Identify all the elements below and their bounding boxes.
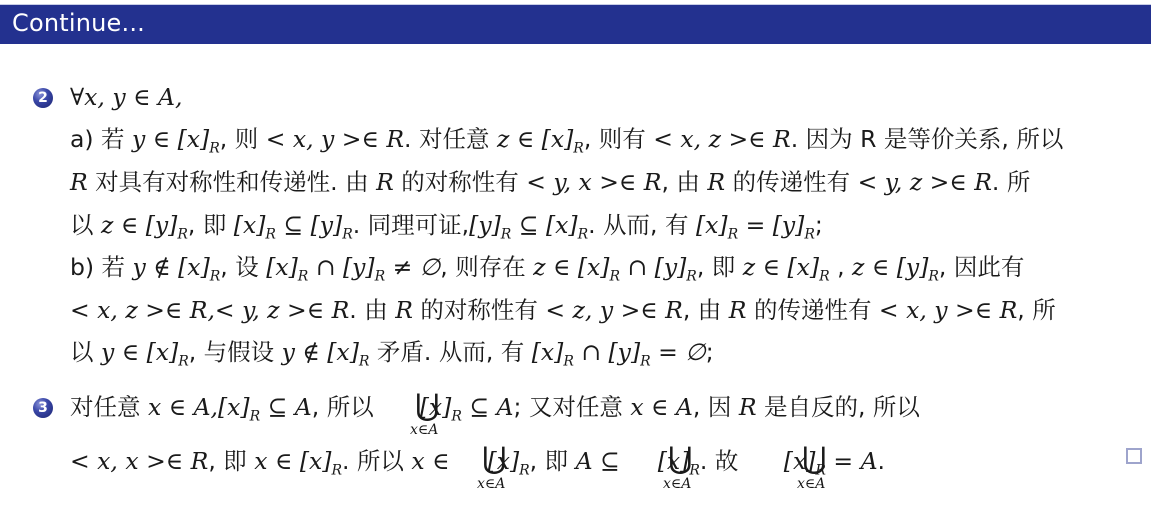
enumerate-bullet-2: 2 bbox=[33, 88, 53, 108]
big-union-symbol: ⋃ bbox=[482, 441, 507, 476]
enumerate-bullet-3: 3 bbox=[33, 398, 53, 418]
big-union-symbol: ⋃ bbox=[802, 441, 827, 476]
item-2-header: ∀x, y ∈ A, bbox=[70, 82, 182, 112]
big-union-symbol: ⋃ bbox=[415, 388, 440, 423]
item-2b-line-2: < x, z >∈ R,< y, z >∈ R. 由 R 的对称性有 < z, … bbox=[70, 295, 1056, 325]
big-union-symbol: ⋃ bbox=[668, 441, 693, 476]
union-index: x∈A bbox=[410, 422, 438, 438]
union-index: x∈A bbox=[797, 476, 825, 492]
item-3-line-1: 对任意 x ∈ A,[x]R ⊆ A, 所以[x]R ⊆ A; 又对任意 x ∈… bbox=[70, 392, 920, 432]
item-2a-line-3: 以 z ∈ [y]R, 即 [x]R ⊆ [y]R. 同理可证,[y]R ⊆ [… bbox=[70, 210, 823, 250]
item-2a-line-2: R 对具有对称性和传递性. 由 R 的对称性有 < y, x >∈ R, 由 R… bbox=[70, 167, 1030, 197]
item-2b-line-1: b) 若 y ∉ [x]R, 设 [x]R ∩ [y]R ≠ ∅, 则存在 z … bbox=[70, 252, 1024, 292]
qed-box-icon bbox=[1126, 448, 1142, 464]
union-index: x∈A bbox=[477, 476, 505, 492]
frame-title-bar: Continue... bbox=[0, 4, 1151, 44]
union-index: x∈A bbox=[663, 476, 691, 492]
item-2b-line-3: 以 y ∈ [x]R, 与假设 y ∉ [x]R 矛盾. 从而, 有 [x]R … bbox=[70, 337, 714, 377]
frame-title: Continue... bbox=[12, 9, 145, 37]
item-2a-line-1: a) 若 y ∈ [x]R, 则 < x, y >∈ R. 对任意 z ∈ [x… bbox=[70, 124, 1063, 164]
